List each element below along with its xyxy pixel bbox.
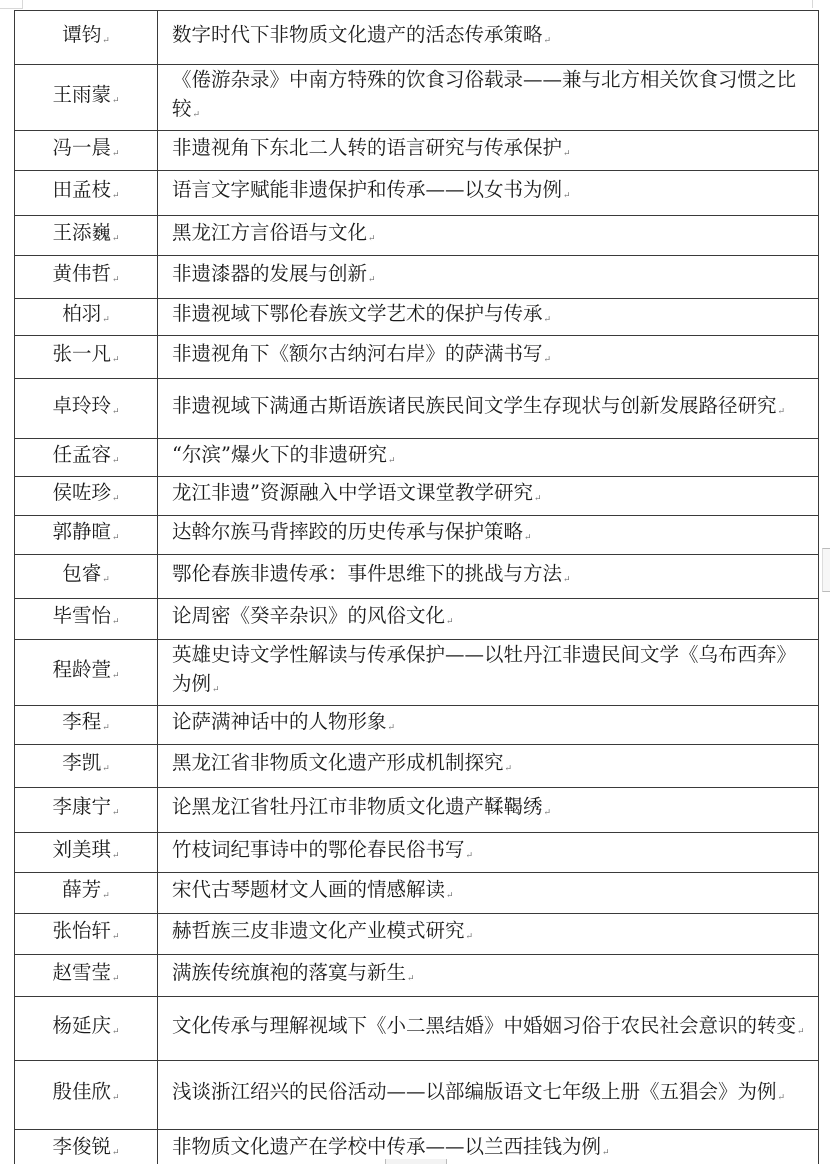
student-name: 李俊锐 [52,1135,111,1158]
student-name-cell[interactable]: 柏羽↵ [15,299,158,336]
paragraph-mark-icon: ↵ [212,685,220,695]
table-row: 程龄萱↵英雄史诗文学性解读与传承保护——以牡丹江非遗民间文学《乌布西奔》为例↵ [15,640,819,706]
student-name: 柏羽 [62,302,101,325]
topic-title-cell[interactable]: 论黑龙江省牡丹江市非物质文化遗产鞣鞨绣↵ [158,788,819,833]
student-name: 程龄萱 [52,658,111,681]
paragraph-mark-icon: ↵ [193,110,201,120]
student-name-cell[interactable]: 郭静暄↵ [15,516,158,555]
topic-title-cell[interactable]: 宋代古琴题材文人画的情感解读↵ [158,873,819,914]
table-row: 杨延庆↵文化传承与理解视域下《小二黑结婚》中婚姻习俗于农民社会意识的转变↵ [15,997,819,1061]
topic-title-cell[interactable]: 龙江非遗”资源融入中学语文课堂教学研究↵ [158,477,819,516]
paragraph-mark-icon: ↵ [112,533,120,543]
topic-title-cell[interactable]: 数字时代下非物质文化遗产的活态传承策略↵ [158,11,819,65]
table-row: 冯一晨↵非遗视角下东北二人转的语言研究与传承保护↵ [15,131,819,171]
topic-title: 浅谈浙江绍兴的民俗活动——以部编版语文七年级上册《五猖会》为例 [172,1080,777,1103]
paragraph-mark-icon: ↵ [778,407,786,417]
topic-title: 竹枝词纪事诗中的鄂伦春民俗书写 [172,838,465,861]
table-row: 张怡轩↵赫哲族三皮非遗文化产业模式研究↵ [15,914,819,955]
table-row: 赵雪莹↵满族传统旗袍的落寞与新生↵ [15,955,819,997]
topic-title: 非遗漆器的发展与创新 [172,262,367,285]
student-name-cell[interactable]: 王添巍↵ [15,216,158,256]
topic-title-cell[interactable]: 非物质文化遗产在学校中传承——以兰西挂钱为例↵ [158,1130,819,1164]
student-name: 薛芳 [62,878,101,901]
student-name: 李程 [62,710,101,733]
student-name-cell[interactable]: 谭钧↵ [15,11,158,65]
topic-title-cell[interactable]: 达斡尔族马背摔跤的历史传承与保护策略↵ [158,516,819,555]
topic-title: 非遗视角下《额尔古纳河右岸》的萨满书写 [172,342,543,365]
paragraph-mark-icon: ↵ [102,891,110,901]
topic-title: 数字时代下非物质文化遗产的活态传承策略 [172,23,543,46]
paragraph-mark-icon: ↵ [112,851,120,861]
table-row: 柏羽↵非遗视域下鄂伦春族文学艺术的保护与传承↵ [15,299,819,336]
paragraph-mark-icon: ↵ [524,533,532,543]
student-name: 张怡轩 [52,919,111,942]
paragraph-mark-icon: ↵ [102,723,110,733]
topic-title: 语言文字赋能非遗保护和传承——以女书为例 [172,178,562,201]
topic-title-cell[interactable]: 赫哲族三皮非遗文化产业模式研究↵ [158,914,819,955]
student-name-cell[interactable]: 毕雪怡↵ [15,599,158,640]
paragraph-mark-icon: ↵ [446,617,454,627]
student-name: 李康宁 [52,795,111,818]
table-row: 李程↵论萨满神话中的人物形象↵ [15,706,819,745]
topic-title-cell[interactable]: “尔滨”爆火下的非遗研究↵ [158,439,819,477]
topic-title: 达斡尔族马背摔跤的历史传承与保护策略 [172,520,523,543]
page-corner-crop-mark-right [812,0,830,8]
student-name: 卓玲玲 [52,394,111,417]
student-name: 郭静暄 [52,520,111,543]
student-topic-table: 谭钧↵数字时代下非物质文化遗产的活态传承策略↵王雨蒙↵《倦游杂录》中南方特殊的饮… [14,10,819,1164]
student-name: 任孟容 [52,443,111,466]
student-name-cell[interactable]: 张怡轩↵ [15,914,158,955]
paragraph-mark-icon: ↵ [102,764,110,774]
topic-title-cell[interactable]: 英雄史诗文学性解读与传承保护——以牡丹江非遗民间文学《乌布西奔》为例↵ [158,640,819,706]
paragraph-mark-icon: ↵ [544,36,552,46]
student-name: 毕雪怡 [52,604,111,627]
table-row: 殷佳欣↵浅谈浙江绍兴的民俗活动——以部编版语文七年级上册《五猖会》为例↵ [15,1061,819,1130]
student-name: 田孟枝 [52,178,111,201]
topic-title: 黑龙江省非物质文化遗产形成机制探究 [172,751,504,774]
student-name-cell[interactable]: 张一凡↵ [15,336,158,379]
topic-title-cell[interactable]: 非遗视角下《额尔古纳河右岸》的萨满书写↵ [158,336,819,379]
table-row: 刘美琪↵竹枝词纪事诗中的鄂伦春民俗书写↵ [15,833,819,873]
paragraph-mark-icon: ↵ [112,494,120,504]
student-name: 黄伟哲 [52,262,111,285]
topic-title-cell[interactable]: 竹枝词纪事诗中的鄂伦春民俗书写↵ [158,833,819,873]
topic-title-cell[interactable]: 黑龙江省非物质文化遗产形成机制探究↵ [158,745,819,788]
page-corner-crop-mark [0,0,23,9]
paragraph-mark-icon: ↵ [112,1148,120,1158]
student-name: 赵雪莹 [52,961,111,984]
paragraph-mark-icon: ↵ [112,932,120,942]
topic-title: 文化传承与理解视域下《小二黑结婚》中婚姻习俗于农民社会意识的转变 [172,1014,796,1037]
paragraph-mark-icon: ↵ [563,149,571,159]
paragraph-mark-icon: ↵ [102,315,110,325]
side-scroll-handle[interactable] [822,548,830,592]
table-row: 黄伟哲↵非遗漆器的发展与创新↵ [15,256,819,299]
table-row: 谭钧↵数字时代下非物质文化遗产的活态传承策略↵ [15,11,819,65]
student-name-cell[interactable]: 包睿↵ [15,555,158,599]
table-row: 田孟枝↵语言文字赋能非遗保护和传承——以女书为例↵ [15,171,819,216]
paragraph-mark-icon: ↵ [112,808,120,818]
paragraph-mark-icon: ↵ [563,191,571,201]
paragraph-mark-icon: ↵ [388,723,396,733]
topic-title: 赫哲族三皮非遗文化产业模式研究 [172,919,465,942]
student-name: 王雨蒙 [52,83,111,106]
paragraph-mark-icon: ↵ [778,1093,786,1103]
paragraph-mark-icon: ↵ [797,1027,805,1037]
table-row: 薛芳↵宋代古琴题材文人画的情感解读↵ [15,873,819,914]
student-name-cell[interactable]: 殷佳欣↵ [15,1061,158,1130]
student-name: 王添巍 [52,221,111,244]
paragraph-mark-icon: ↵ [112,974,120,984]
table-row: 王添巍↵黑龙江方言俗语与文化↵ [15,216,819,256]
topic-title: 非遗视域下满通古斯语族诸民族民间文学生存现状与创新发展路径研究 [172,394,777,417]
student-name-cell[interactable]: 田孟枝↵ [15,171,158,216]
student-name-cell[interactable]: 刘美琪↵ [15,833,158,873]
paragraph-mark-icon: ↵ [112,1027,120,1037]
student-name-cell[interactable]: 冯一晨↵ [15,131,158,171]
student-name: 谭钧 [62,23,101,46]
table-body: 谭钧↵数字时代下非物质文化遗产的活态传承策略↵王雨蒙↵《倦游杂录》中南方特殊的饮… [15,11,819,1164]
paragraph-mark-icon: ↵ [112,1093,120,1103]
student-name: 李凯 [62,751,101,774]
topic-title-cell[interactable]: 鄂伦春族非遗传承：事件思维下的挑战与方法↵ [158,555,819,599]
student-name-cell[interactable]: 卓玲玲↵ [15,379,158,439]
topic-title-cell[interactable]: 黑龙江方言俗语与文化↵ [158,216,819,256]
paragraph-mark-icon: ↵ [563,575,571,585]
paragraph-mark-icon: ↵ [466,932,474,942]
table-row: 李凯↵黑龙江省非物质文化遗产形成机制探究↵ [15,745,819,788]
topic-title: 满族传统旗袍的落寞与新生 [172,961,406,984]
student-name: 侯咗珍 [52,481,111,504]
paragraph-mark-icon: ↵ [112,96,120,106]
topic-title-cell[interactable]: 语言文字赋能非遗保护和传承——以女书为例↵ [158,171,819,216]
table-row: 郭静暄↵达斡尔族马背摔跤的历史传承与保护策略↵ [15,516,819,555]
student-name-cell[interactable]: 李俊锐↵ [15,1130,158,1164]
paragraph-mark-icon: ↵ [505,764,513,774]
student-name-cell[interactable]: 黄伟哲↵ [15,256,158,299]
topic-title-cell[interactable]: 非遗视域下满通古斯语族诸民族民间文学生存现状与创新发展路径研究↵ [158,379,819,439]
paragraph-mark-icon: ↵ [544,355,552,365]
bottom-scroll-handle[interactable] [385,1159,447,1164]
topic-title: 《倦游杂录》中南方特殊的饮食习俗载录——兼与北方相关饮食习惯之比较 [172,68,796,120]
paragraph-mark-icon: ↵ [466,851,474,861]
table-row: 张一凡↵非遗视角下《额尔古纳河右岸》的萨满书写↵ [15,336,819,379]
paragraph-mark-icon: ↵ [112,456,120,466]
topic-title: 论萨满神话中的人物形象 [172,710,387,733]
topic-title: 黑龙江方言俗语与文化 [172,221,367,244]
paragraph-mark-icon: ↵ [112,275,120,285]
table-row: 李康宁↵论黑龙江省牡丹江市非物质文化遗产鞣鞨绣↵ [15,788,819,833]
topic-title: 宋代古琴题材文人画的情感解读 [172,878,445,901]
topic-title-cell[interactable]: 满族传统旗袍的落寞与新生↵ [158,955,819,997]
table-row: 侯咗珍↵龙江非遗”资源融入中学语文课堂教学研究↵ [15,477,819,516]
student-name: 张一凡 [52,342,111,365]
student-name-cell[interactable]: 王雨蒙↵ [15,65,158,131]
paragraph-mark-icon: ↵ [388,456,396,466]
topic-title: 论黑龙江省牡丹江市非物质文化遗产鞣鞨绣 [172,795,543,818]
paragraph-mark-icon: ↵ [368,234,376,244]
topic-title-cell[interactable]: 浅谈浙江绍兴的民俗活动——以部编版语文七年级上册《五猖会》为例↵ [158,1061,819,1130]
paragraph-mark-icon: ↵ [112,191,120,201]
student-name-cell[interactable]: 杨延庆↵ [15,997,158,1061]
table-row: 任孟容↵“尔滨”爆火下的非遗研究↵ [15,439,819,477]
paragraph-mark-icon: ↵ [102,575,110,585]
topic-title-cell[interactable]: 《倦游杂录》中南方特殊的饮食习俗载录——兼与北方相关饮食习惯之比较↵ [158,65,819,131]
paragraph-mark-icon: ↵ [112,407,120,417]
paragraph-mark-icon: ↵ [368,275,376,285]
table-row: 包睿↵鄂伦春族非遗传承：事件思维下的挑战与方法↵ [15,555,819,599]
topic-title-cell[interactable]: 非遗漆器的发展与创新↵ [158,256,819,299]
topic-title-cell[interactable]: 文化传承与理解视域下《小二黑结婚》中婚姻习俗于农民社会意识的转变↵ [158,997,819,1061]
paragraph-mark-icon: ↵ [112,234,120,244]
topic-title: 非遗视角下东北二人转的语言研究与传承保护 [172,136,562,159]
student-name-cell[interactable]: 李康宁↵ [15,788,158,833]
topic-title: “尔滨”爆火下的非遗研究 [172,443,387,466]
paragraph-mark-icon: ↵ [102,36,110,46]
student-name: 殷佳欣 [52,1080,111,1103]
student-name: 冯一晨 [52,136,111,159]
student-name-cell[interactable]: 任孟容↵ [15,439,158,477]
paragraph-mark-icon: ↵ [112,149,120,159]
topic-title: 龙江非遗”资源融入中学语文课堂教学研究 [172,481,533,504]
topic-title: 非遗视域下鄂伦春族文学艺术的保护与传承 [172,302,543,325]
topic-title: 英雄史诗文学性解读与传承保护——以牡丹江非遗民间文学《乌布西奔》为例 [172,643,796,695]
student-name-cell[interactable]: 薛芳↵ [15,873,158,914]
topic-title-cell[interactable]: 论周密《癸辛杂识》的风俗文化↵ [158,599,819,640]
paragraph-mark-icon: ↵ [602,1148,610,1158]
paragraph-mark-icon: ↵ [534,494,542,504]
topic-title-cell[interactable]: 论萨满神话中的人物形象↵ [158,706,819,745]
student-name-cell[interactable]: 李凯↵ [15,745,158,788]
paragraph-mark-icon: ↵ [544,315,552,325]
student-name: 包睿 [62,562,101,585]
topic-title-cell[interactable]: 非遗视域下鄂伦春族文学艺术的保护与传承↵ [158,299,819,336]
table-row: 卓玲玲↵非遗视域下满通古斯语族诸民族民间文学生存现状与创新发展路径研究↵ [15,379,819,439]
table-row: 王雨蒙↵《倦游杂录》中南方特殊的饮食习俗载录——兼与北方相关饮食习惯之比较↵ [15,65,819,131]
topic-title: 论周密《癸辛杂识》的风俗文化 [172,604,445,627]
paragraph-mark-icon: ↵ [112,355,120,365]
paragraph-mark-icon: ↵ [407,974,415,984]
student-name: 杨延庆 [52,1014,111,1037]
topic-title-cell[interactable]: 非遗视角下东北二人转的语言研究与传承保护↵ [158,131,819,171]
topic-title: 鄂伦春族非遗传承：事件思维下的挑战与方法 [172,562,562,585]
student-name: 刘美琪 [52,838,111,861]
student-name-cell[interactable]: 赵雪莹↵ [15,955,158,997]
paragraph-mark-icon: ↵ [112,617,120,627]
student-name-cell[interactable]: 程龄萱↵ [15,640,158,706]
student-name-cell[interactable]: 李程↵ [15,706,158,745]
paragraph-mark-icon: ↵ [112,671,120,681]
table-row: 毕雪怡↵论周密《癸辛杂识》的风俗文化↵ [15,599,819,640]
paragraph-mark-icon: ↵ [544,808,552,818]
paragraph-mark-icon: ↵ [446,891,454,901]
student-name-cell[interactable]: 侯咗珍↵ [15,477,158,516]
topic-title: 非物质文化遗产在学校中传承——以兰西挂钱为例 [172,1135,601,1158]
